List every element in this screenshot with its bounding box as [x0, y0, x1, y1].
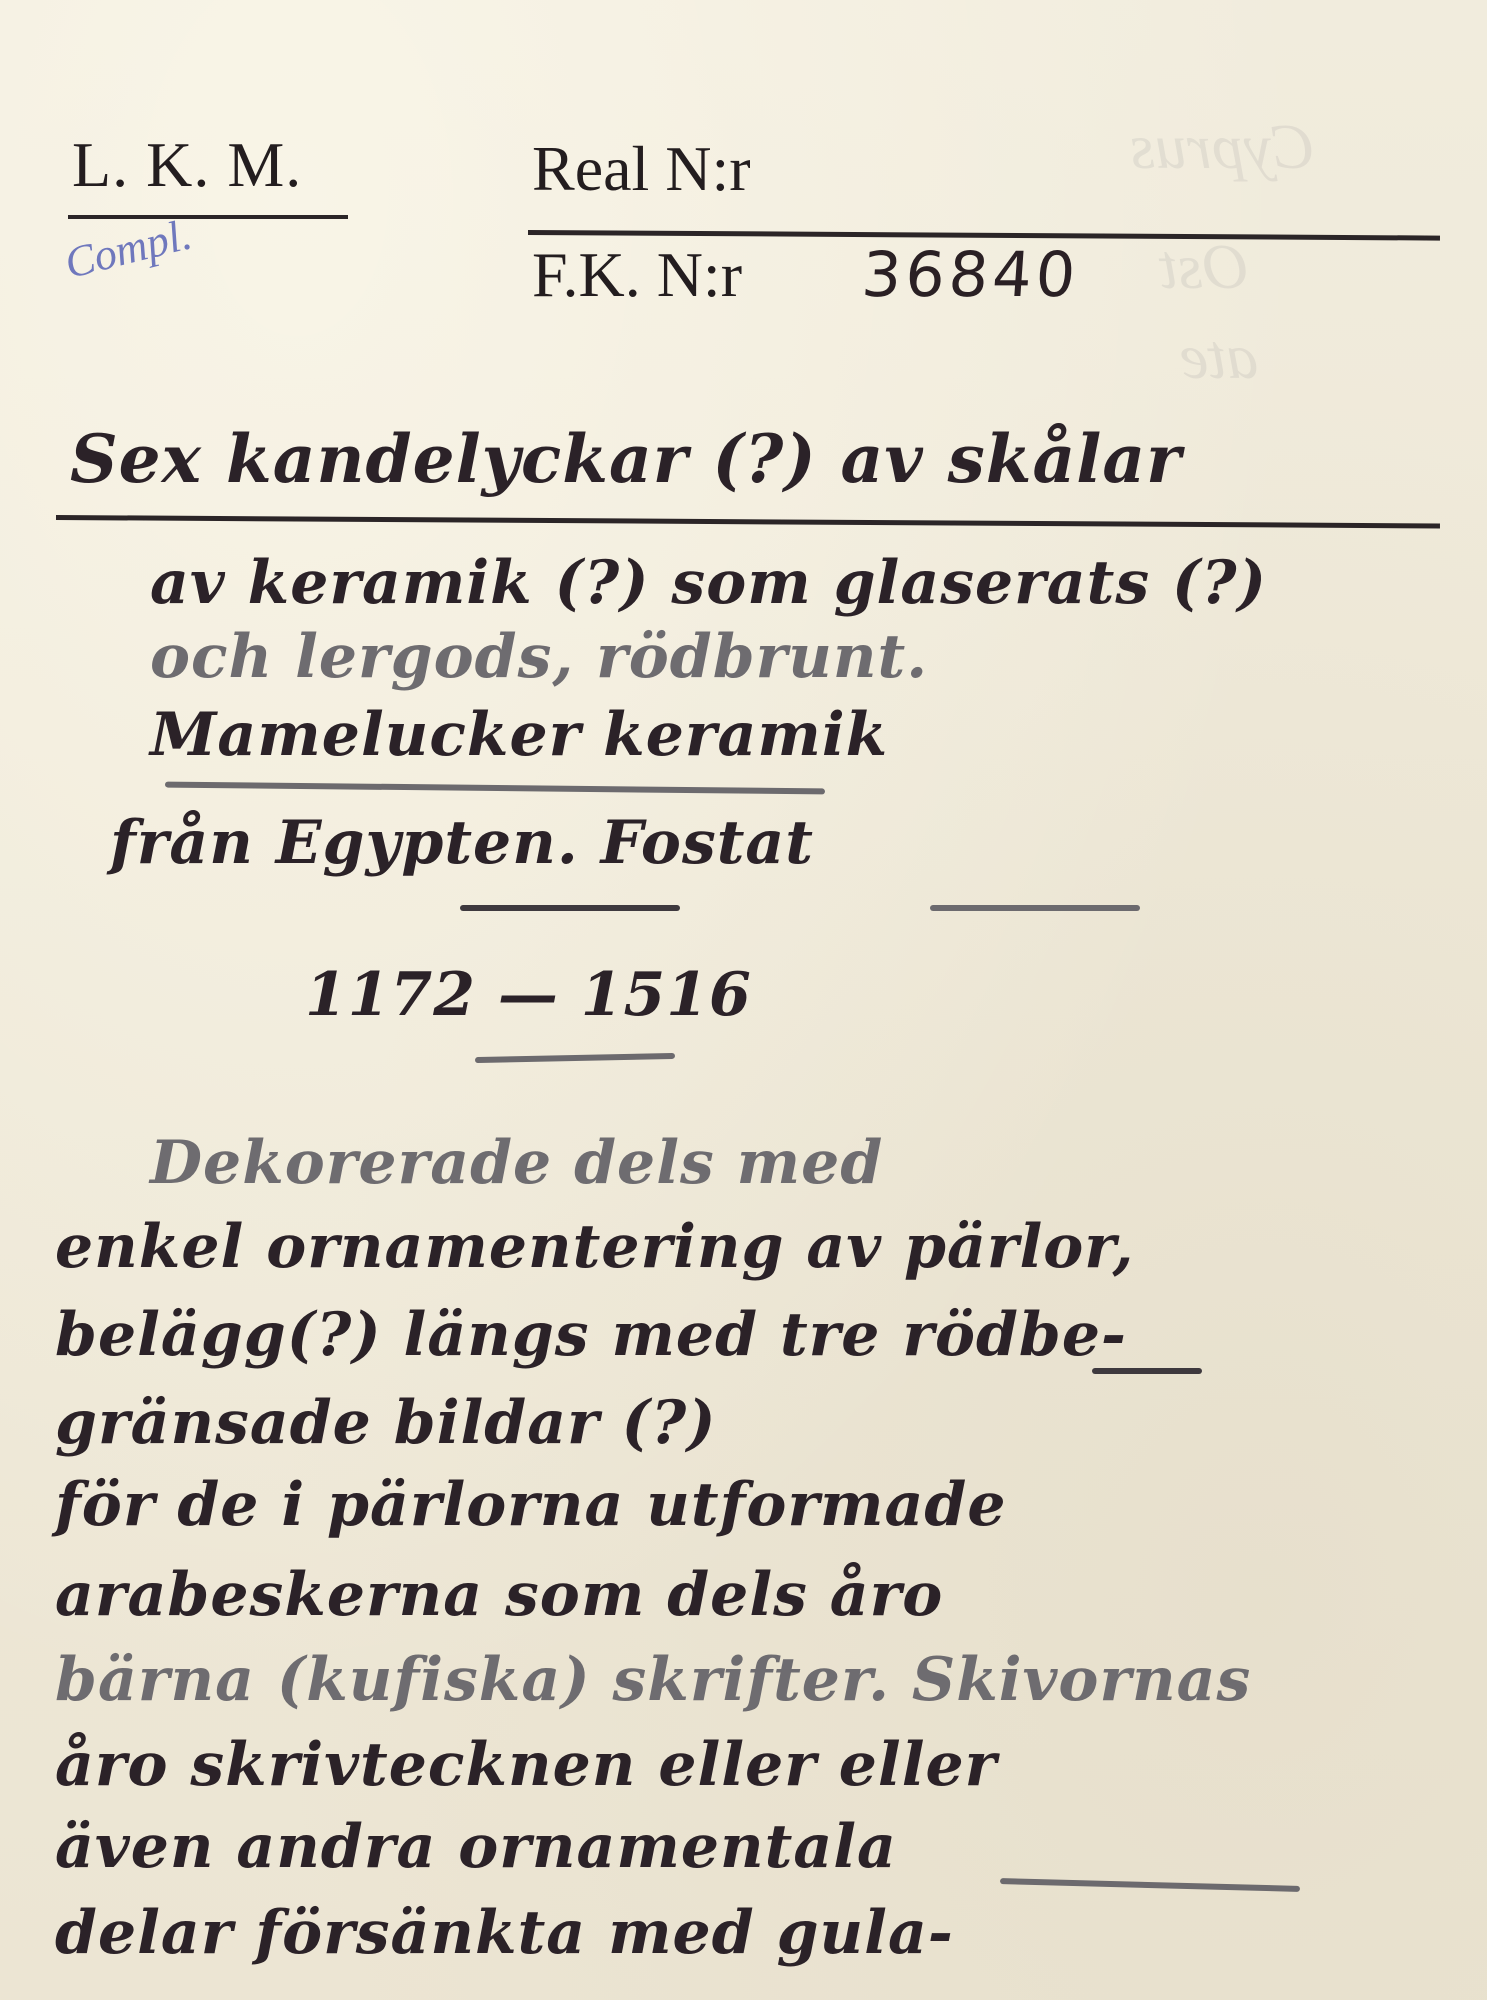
underline-mark — [930, 905, 1140, 911]
bleed-through-text: Cyprus — [1130, 110, 1315, 184]
body-line: även andra ornamentala — [55, 1812, 897, 1882]
fk-number-label: F.K. N:r — [532, 238, 742, 312]
body-line: för de i pärlorna utformade — [55, 1470, 1007, 1540]
body-line: arabeskerna som dels åro — [55, 1560, 943, 1630]
body-line: åro skrivtecknen eller eller — [55, 1730, 997, 1800]
body-line: bärna (kufiska) skrifter. Skivornas — [55, 1645, 1251, 1715]
body-line: Dekorerade dels med — [150, 1128, 883, 1198]
body-line: enkel ornamentering av pärlor, — [55, 1212, 1134, 1282]
body-line: gränsade bildar (?) — [55, 1388, 717, 1458]
underline-mark — [460, 905, 680, 911]
subtitle-line: och lergods, rödbrunt. — [150, 622, 928, 692]
institution-label: L. K. M. — [72, 128, 302, 202]
date-range: 1172 — 1516 — [305, 960, 752, 1030]
body-line: delar försänkta med gula- — [55, 1898, 954, 1968]
fk-number-value: 36840 — [859, 238, 1081, 311]
subtitle-line: av keramik (?) som glaserats (?) — [150, 548, 1267, 618]
subtitle-line: från Egypten. Fostat — [110, 808, 814, 878]
title-line: Sex kandelyckar (?) av skålar — [70, 420, 1182, 498]
bleed-through-text: Ost — [1160, 230, 1249, 304]
real-number-label: Real N:r — [532, 132, 751, 206]
underline-mark — [1092, 1368, 1202, 1374]
bleed-through-text: ate — [1180, 320, 1258, 394]
body-line: belägg(?) längs med tre rödbe- — [55, 1300, 1127, 1370]
subtitle-line: Mamelucker keramik — [150, 700, 888, 770]
header-rule-left — [68, 215, 348, 219]
